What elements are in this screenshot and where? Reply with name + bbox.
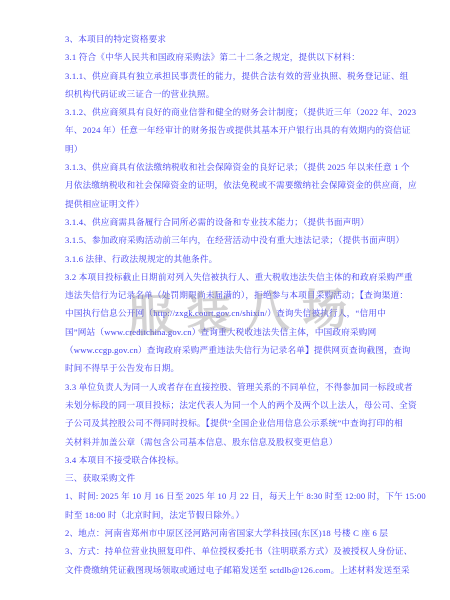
document-line: 月依法缴纳税收和社会保障资金的证明，依法免税或不需要缴纳社会保障资金的供应商，应 xyxy=(65,176,386,194)
document-line: 3.4 本项目不接受联合体投标。 xyxy=(65,451,386,469)
document-line: 时至 18:00 时（北京时间，法定节假日除外。） xyxy=(65,506,386,524)
document-line: 3.1 符合《中华人民共和国政府采购法》第二十二条之规定，提供以下材料： xyxy=(65,48,386,66)
document-line: 明） xyxy=(65,140,386,158)
document-line: 国”网站（www.creditchina.gov.cn）查询重大税收违法失信主体… xyxy=(65,323,386,341)
document-line: 3.2 本项目投标截止日期前对列入失信被执行人、重大税收违法失信主体的和政府采购… xyxy=(65,268,386,286)
document-line: 中国执行信息公开网（http://zxgk.court.gov.cn/shixi… xyxy=(65,304,386,322)
document-body: 3、本项目的特定资格要求3.1 符合《中华人民共和国政府采购法》第二十二条之规定… xyxy=(65,30,386,579)
document-line: 三、获取采购文件 xyxy=(65,469,386,487)
document-line: 提供相应证明文件） xyxy=(65,195,386,213)
document-line: 未划分标段的同一项目投标；法定代表人为同一个人的两个及两个以上法人，母公司、全资 xyxy=(65,396,386,414)
document-line: 3、方式：持单位营业执照复印件、单位授权委托书（注明联系方式）及被授权人身份证、 xyxy=(65,542,386,560)
document-line: 3、本项目的特定资格要求 xyxy=(65,30,386,48)
document-line: 3.3 单位负责人为同一人或者存在直接控股、管理关系的不同单位，不得参加同一标段… xyxy=(65,378,386,396)
document-line: 关材料并加盖公章（需包含公司基本信息、股东信息及股权变更信息） xyxy=(65,433,386,451)
document-line: 3.1.1、供应商具有独立承担民事责任的能力，提供合法有效的营业执照、税务登记证… xyxy=(65,67,386,85)
document-page: 3、本项目的特定资格要求3.1 符合《中华人民共和国政府采购法》第二十二条之规定… xyxy=(0,0,450,600)
document-line: 3.1.2、供应商须具有良好的商业信誉和健全的财务会计制度；（提供近三年（202… xyxy=(65,103,386,121)
document-line: 3.1.5、参加政府采购活动前三年内，在经营活动中没有重大违法记录；（提供书面声… xyxy=(65,231,386,249)
document-line: 违法失信行为记录名单（处罚期限尚未届满的），拒绝参与本项目采购活动；【查询渠道： xyxy=(65,286,386,304)
document-line: 时间不得早于公告发布日期。 xyxy=(65,359,386,377)
document-line: 3.1.4、供应商需具备履行合同所必需的设备和专业技术能力；（提供书面声明） xyxy=(65,213,386,231)
document-line: （www.ccgp.gov.cn）查询政府采购严重违法失信行为记录名单】提供网页… xyxy=(65,341,386,359)
document-line: 3.1.3、供应商具有依法缴纳税收和社会保障资金的良好记录；（提供 2025 年… xyxy=(65,158,386,176)
document-line: 子公司及其控股公司不得同时投标。【提供“全国企业信用信息公示系统”中查询打印的相 xyxy=(65,414,386,432)
document-line: 年、2024 年）任意一年经审计的财务报告或提供其基本开户银行出具的有效期内的资… xyxy=(65,121,386,139)
document-line: 1、时间: 2025 年 10 月 16 日至 2025 年 10 月 22 日… xyxy=(65,487,386,505)
document-line: 3.1.6 法律、行政法规规定的其他条件。 xyxy=(65,250,386,268)
document-line: 2、地点：河南省郑州市中原区泾河路河南省国家大学科技园(东区)18 号楼 C 座… xyxy=(65,524,386,542)
document-line: 文件费缴纳凭证截图现场领取或通过电子邮箱发送至 sctdlb@126.com。上… xyxy=(65,561,386,579)
document-line: 织机构代码证或三证合一的营业执照。 xyxy=(65,85,386,103)
